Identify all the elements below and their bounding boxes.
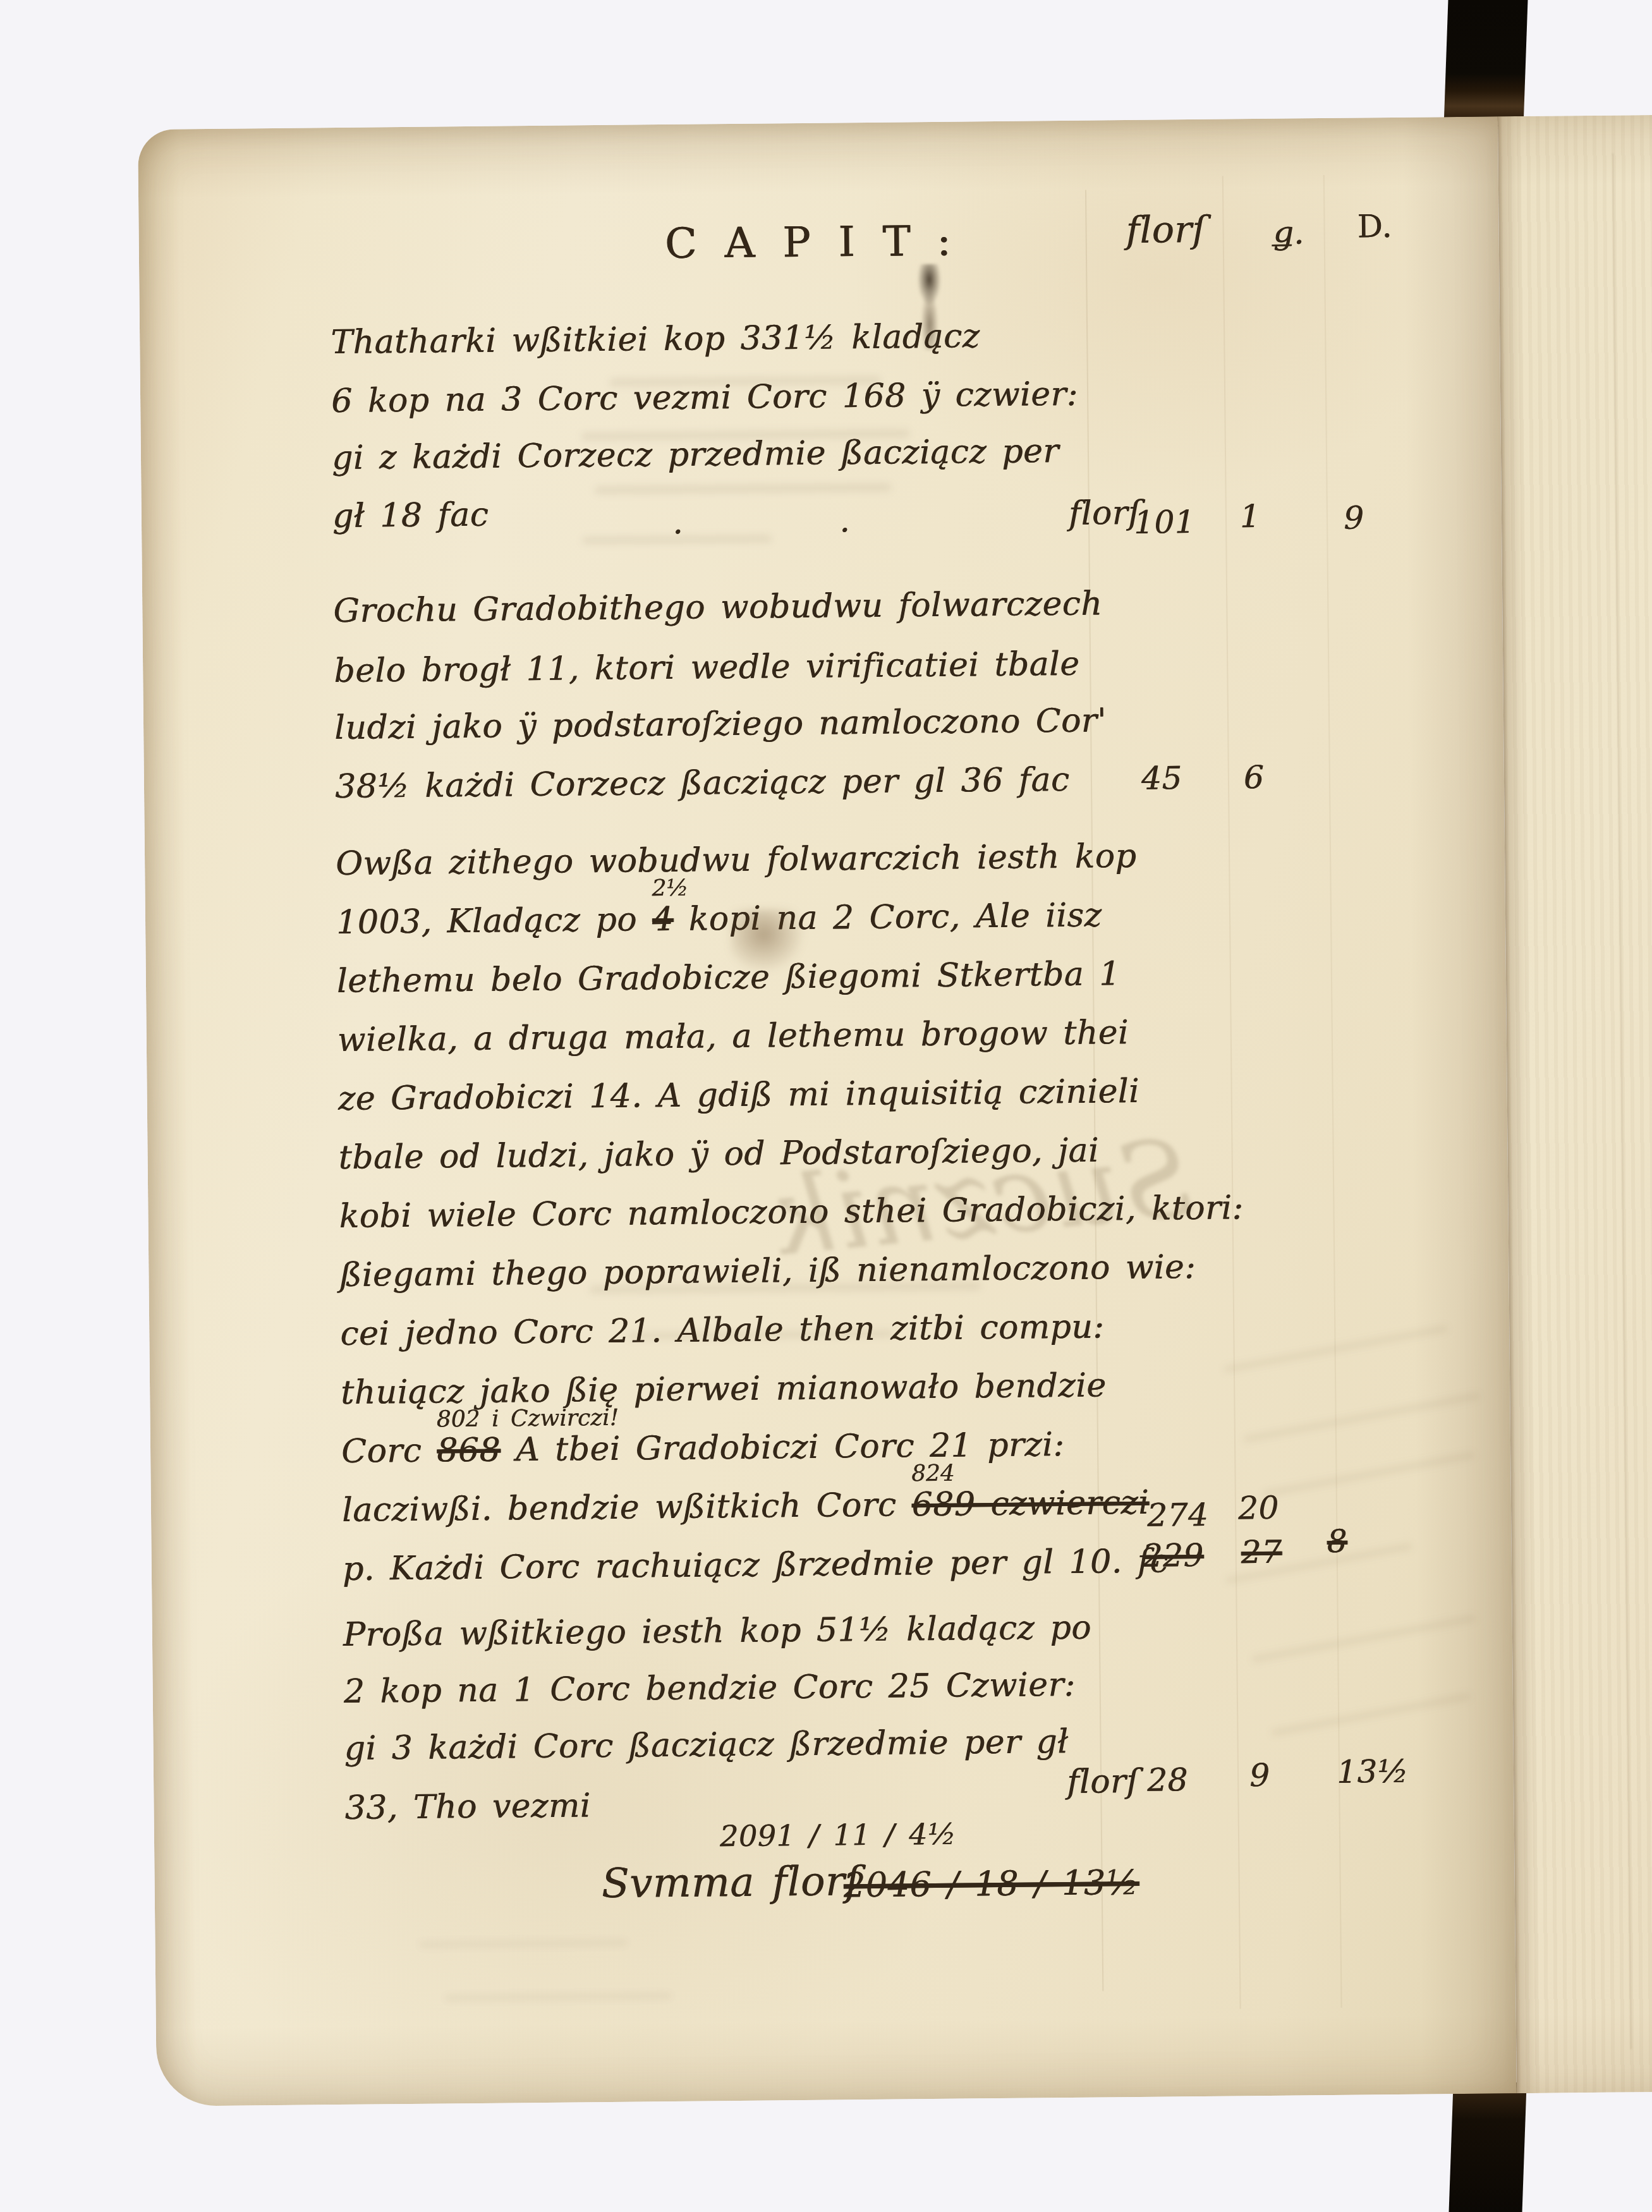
struck-value: 868: [437, 1431, 501, 1470]
bookmark-ribbon-bottom: [1449, 2082, 1526, 2212]
amount-floreni-old: 229: [1142, 1537, 1203, 1574]
column-rule: [1222, 176, 1241, 2009]
manuscript-line: ze Gradobiczi 14. A gdiß mi inquisitią c…: [337, 1073, 1139, 1118]
correction-new: 802 i Czwirczi!: [437, 1405, 619, 1433]
manuscript-line: gi 3 każdi Corc ßacziącz ßrzedmie per gł: [344, 1723, 1068, 1768]
manuscript-line: wielka, a druga mała, a lethemu brogow t…: [337, 1014, 1129, 1059]
column-rule: [1323, 175, 1342, 2008]
line-pre: 1003, Kladącz po: [336, 901, 637, 942]
column-header-floreni: florſ: [1126, 208, 1206, 252]
book-page-block: Sucznik CAPIT: florſ ǥ. D.: [138, 114, 1652, 2106]
manuscript-line: Owßa zithego wobudwu folwarczich iesth k…: [336, 837, 1137, 883]
manuscript-line: tbale od ludzi, jako ÿ od Podstaroſziego…: [338, 1131, 1099, 1177]
manuscript-line: Proßa wßitkiego iesth kop 51½ kladącz po: [343, 1609, 1092, 1654]
manuscript-line: Thatharki wßitkiei kop 331½ kladącz: [331, 317, 980, 362]
correction-new: 824: [911, 1461, 955, 1487]
bleedthrough-streak: [1243, 1392, 1481, 1443]
amount-grossi: 6: [1244, 759, 1265, 796]
struck-value: 4: [652, 901, 674, 939]
florenos-label: florſ: [1067, 1763, 1139, 1801]
amount-denarii-old: 8: [1327, 1523, 1347, 1560]
line-post: A tbei Gradobiczi Corc 21 przi:: [516, 1426, 1065, 1469]
line-pre: lacziwßi. bendzie wßitkich Corc: [342, 1486, 897, 1529]
manuscript-line: 33, Tho vezmi: [344, 1787, 591, 1827]
leader-dots: . .: [672, 502, 851, 542]
manuscript-line: Corc 802 i Czwirczi! 868 A tbei Gradobic…: [341, 1426, 1065, 1471]
correction-new: 2½: [652, 875, 688, 902]
manuscript-line: lethemu belo Gradobicze ßiegomi Stkertba…: [337, 955, 1121, 1000]
corrected-value: 824 689 czwierczi: [911, 1484, 1149, 1524]
manuscript-line: ludzi jako ÿ podstaroſziego namloczono C…: [334, 702, 1107, 747]
manuscript-line: gi z każdi Corzecz przedmie ßacziącz per: [332, 432, 1059, 477]
bleedthrough-streak: [594, 483, 891, 495]
amount-denarii: 13½: [1337, 1753, 1409, 1790]
amount-floreni: 28: [1147, 1761, 1188, 1799]
summa-correction: 2091 / 11 / 4½: [720, 1817, 956, 1854]
struck-value: 689 czwierczi: [911, 1484, 1149, 1524]
florenos-label: florſ: [1069, 494, 1141, 533]
amount-grossi: 1: [1240, 498, 1261, 535]
manuscript-line: lacziwßi. bendzie wßitkich Corc 824 689 …: [342, 1484, 1150, 1529]
manuscript-line: belo brogł 11, ktori wedle virificatiei …: [334, 645, 1080, 690]
summa-label: Svmma florſ: [601, 1858, 860, 1907]
manuscript-line: 6 kop na 3 Corc vezmi Corc 168 ÿ czwier:: [331, 375, 1078, 420]
amount-floreni-new: 274: [1147, 1497, 1208, 1534]
corrected-value: 802 i Czwirczi! 868: [437, 1431, 501, 1470]
manuscript-line: p. Każdi Corc rachuiącz ßrzedmie per gl …: [343, 1542, 1169, 1588]
column-header-denarii: D.: [1357, 208, 1392, 245]
manuscript-line: 38½ każdi Corzecz ßacziącz per gl 36 fac: [335, 761, 1070, 806]
manuscript-line: thuiącz jako ßię pierwei mianowało bendz…: [341, 1366, 1107, 1412]
corrected-value: 2½ 4: [652, 901, 674, 939]
amount-floreni: 45: [1141, 760, 1182, 797]
bleedthrough-streak: [419, 1940, 628, 1948]
bleedthrough-streak: [1262, 1451, 1474, 1497]
column-header-grossi: ǥ.: [1273, 214, 1304, 251]
manuscript-line: 2 kop na 1 Corc bendzie Corc 25 Czwier:: [343, 1666, 1075, 1711]
amount-grossi-old: 27: [1241, 1534, 1282, 1571]
amount-grossi-new: 20: [1238, 1490, 1279, 1527]
bleedthrough-streak: [1251, 1615, 1476, 1663]
page-title: CAPIT:: [664, 216, 978, 268]
amount-grossi: 9: [1249, 1757, 1270, 1794]
bleedthrough-streak: [444, 1993, 672, 2001]
manuscript-line: 1003, Kladącz po 2½ 4 kopi na 2 Corc, Al…: [336, 896, 1102, 942]
bookmark-ribbon-top: [1444, 0, 1528, 126]
line-pre: Corc: [341, 1432, 422, 1471]
summa-old-total: 2046 / 18 / 13½: [843, 1863, 1139, 1905]
manuscript-line: cei jedno Corc 21. Albale then zitbi com…: [340, 1308, 1104, 1353]
manuscript-line: ßiegami thego poprawieli, iß nienamloczo…: [339, 1248, 1196, 1294]
manuscript-line: Grochu Gradobithego wobudwu folwarczech: [333, 585, 1102, 630]
amount-denarii: 9: [1344, 499, 1364, 536]
amount-floreni: 101: [1134, 504, 1195, 541]
manuscript-line: gł 18 fac: [332, 496, 489, 535]
manuscript-page: Sucznik CAPIT: florſ ǥ. D.: [138, 116, 1517, 2106]
bleedthrough-streak: [1271, 1692, 1471, 1736]
